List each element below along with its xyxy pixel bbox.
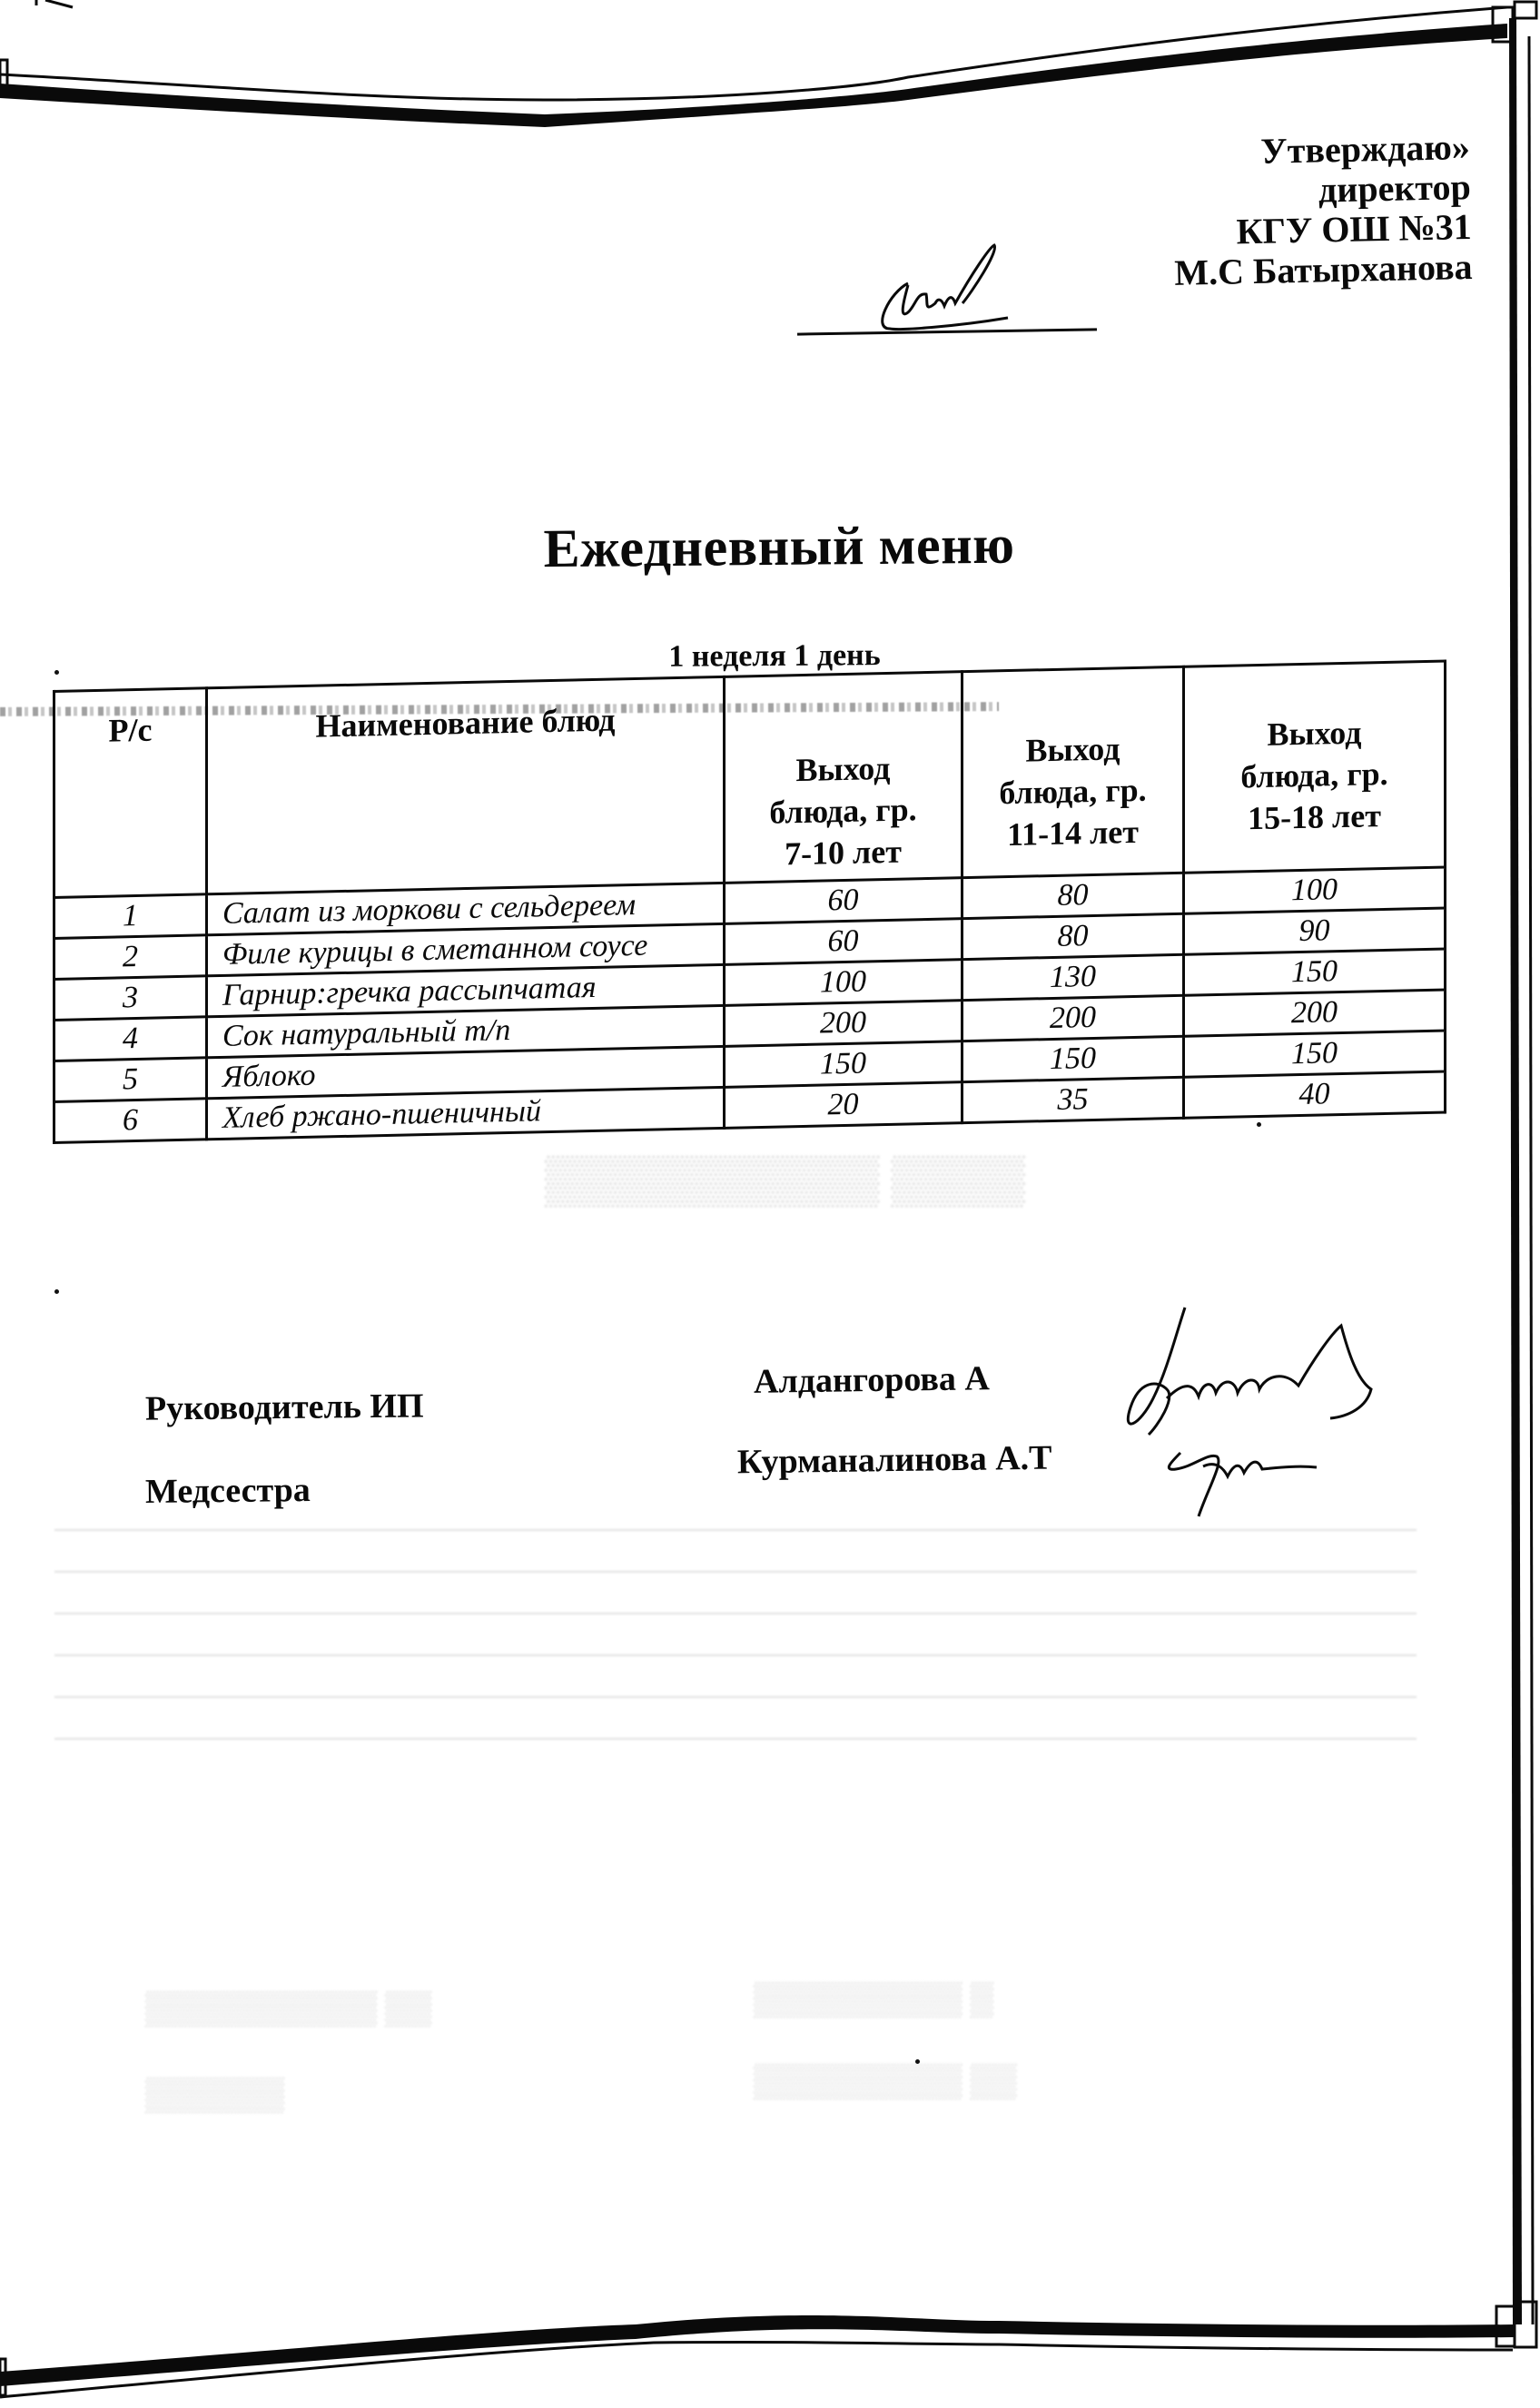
scan-speck: [54, 670, 59, 675]
row-number: 5: [54, 1058, 207, 1102]
signatory-role-nurse: Медсестра: [145, 1470, 311, 1512]
header-yield-line: Выход: [1185, 710, 1444, 757]
header-yield-age: 7-10 лет: [726, 829, 961, 876]
yield-15-18: 150: [1184, 1031, 1446, 1077]
row-number: 1: [54, 894, 207, 939]
scan-speck: [1257, 1122, 1261, 1127]
table-body: 1Салат из моркови с сельдереем60801002Фи…: [54, 867, 1446, 1142]
row-number: 3: [54, 976, 207, 1021]
bleed-through-text: ▒▒▒▒▒▒▒▒▒ ▒: [754, 1979, 993, 2018]
header-yield-line: Выход: [963, 726, 1182, 773]
yield-15-18: 100: [1184, 867, 1446, 913]
signatory-name-nurse: Курманалинова А.Т: [737, 1438, 1052, 1483]
menu-table: Р/с Наименование блюд Выход блюда, гр. 7…: [53, 660, 1446, 1144]
header-yield-7-10: Выход блюда, гр. 7-10 лет: [725, 672, 962, 883]
header-yield-15-18: Выход блюда, гр. 15-18 лет: [1184, 661, 1446, 873]
header-yield-11-14: Выход блюда, гр. 11-14 лет: [962, 666, 1184, 877]
header-dish-name: Наименование блюд: [207, 676, 725, 893]
yield-15-18: 90: [1184, 908, 1446, 954]
header-yield-line: блюда, гр.: [726, 787, 961, 834]
yield-15-18: 40: [1184, 1071, 1446, 1118]
scan-speck: [54, 1289, 59, 1294]
manager-signature-icon: [1103, 1298, 1403, 1453]
yield-11-14: 80: [962, 913, 1184, 959]
scan-speck: [915, 2059, 920, 2064]
header-yield-age: 15-18 лет: [1185, 794, 1444, 841]
yield-11-14: 35: [962, 1077, 1184, 1122]
table-header-row: Р/с Наименование блюд Выход блюда, гр. 7…: [54, 661, 1446, 897]
yield-7-10: 200: [725, 1001, 962, 1047]
signatory-role-manager: Руководитель ИП: [145, 1386, 424, 1428]
row-number: 4: [54, 1017, 207, 1061]
yield-11-14: 200: [962, 995, 1184, 1041]
yield-11-14: 130: [962, 954, 1184, 1000]
approval-line-director-name: М.С Батырханова: [1174, 247, 1473, 293]
document-title: Ежедневный меню: [0, 509, 1540, 586]
bleed-through-text: ▒▒▒▒▒▒▒▒▒▒ ▒▒▒▒: [545, 1153, 1025, 1207]
bleed-through-text: ▒▒▒▒▒▒: [145, 2075, 284, 2113]
menu-table-container: Р/с Наименование блюд Выход блюда, гр. 7…: [53, 660, 1444, 1144]
bleed-through-text: ▒▒▒▒▒▒▒▒▒ ▒▒: [754, 2061, 1017, 2099]
yield-7-10: 100: [725, 960, 962, 1006]
director-signature-icon: [872, 238, 1035, 338]
bleed-through-text: ▒▒▒▒▒▒▒▒▒▒ ▒▒: [145, 1989, 431, 2027]
yield-7-10: 60: [725, 878, 962, 924]
header-number: Р/с: [54, 688, 207, 898]
yield-7-10: 60: [725, 919, 962, 965]
header-yield-line: блюда, гр.: [1185, 752, 1444, 799]
row-number: 6: [54, 1099, 207, 1143]
yield-15-18: 200: [1184, 990, 1446, 1036]
header-yield-age: 11-14 лет: [963, 810, 1182, 856]
yield-7-10: 150: [725, 1041, 962, 1088]
yield-7-10: 20: [725, 1082, 962, 1129]
page-border-frame: [0, 0, 1540, 2408]
bleed-through-lines: [54, 1489, 1417, 1780]
row-number: 2: [54, 935, 207, 980]
signatory-name-manager: Алдангорова А: [754, 1358, 990, 1402]
yield-11-14: 80: [962, 873, 1184, 918]
approval-block: Утверждаю» директор КГУ ОШ №31 М.С Батыр…: [1171, 127, 1473, 293]
header-yield-line: Выход: [726, 745, 961, 793]
header-yield-line: блюда, гр.: [963, 768, 1182, 814]
yield-11-14: 150: [962, 1036, 1184, 1081]
yield-15-18: 150: [1184, 949, 1446, 995]
